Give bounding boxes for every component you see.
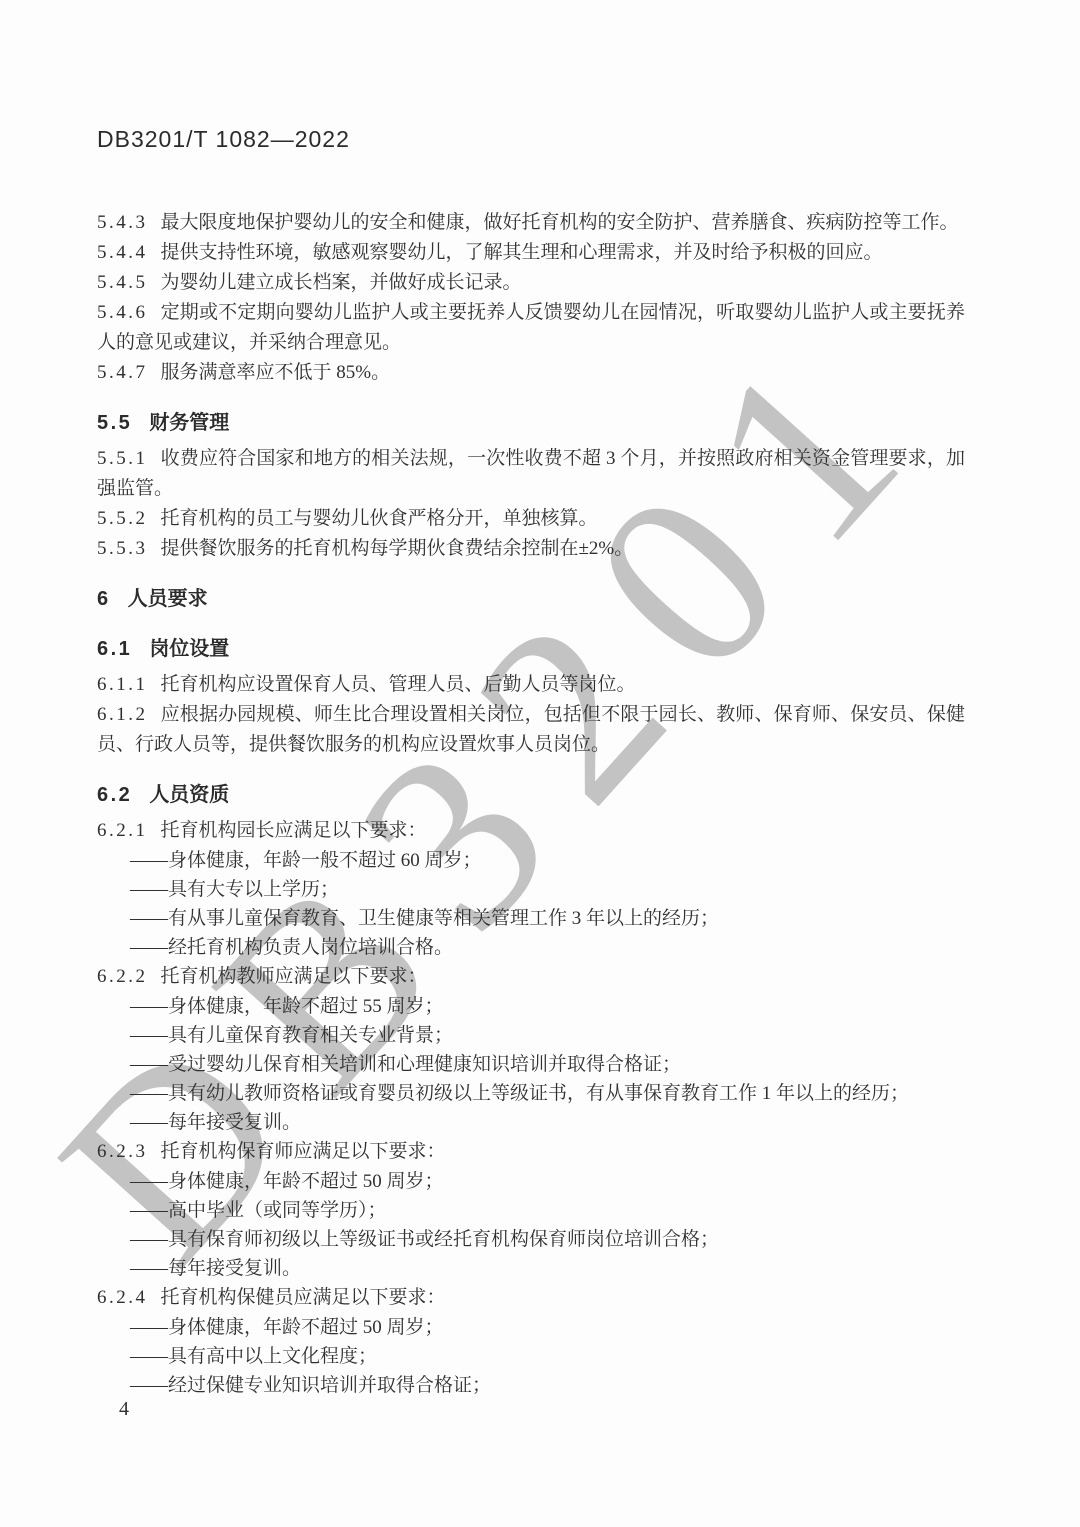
section-heading: 6.2人员资质 (97, 780, 965, 810)
clause-paragraph: 5.5.1收费应符合国家和地方的相关法规，一次性收费不超 3 个月，并按照政府相… (97, 444, 965, 504)
clause-number: 5.5 (97, 412, 132, 434)
clause-text: ——身体健康，年龄不超过 50 周岁； (130, 1317, 444, 1338)
clause-text: 收费应符合国家和地方的相关法规，一次性收费不超 3 个月，并按照政府相关资金管理… (97, 448, 965, 499)
clause-text: 服务满意率应不低于 85%。 (161, 362, 391, 383)
clause-number: 5.5.3 (97, 538, 148, 559)
clause-text: 人员要求 (128, 588, 208, 610)
clause-paragraph: 5.5.2托育机构的员工与婴幼儿伙食严格分开，单独核算。 (97, 504, 965, 534)
clause-text: ——具有儿童保育教育相关专业背景； (130, 1025, 453, 1046)
clause-number: 6.1.1 (97, 674, 148, 695)
clause-paragraph: 6.1.2应根据办园规模、师生比合理设置相关岗位，包括但不限于园长、教师、保育师… (97, 700, 965, 760)
clause-text: 托育机构保健员应满足以下要求： (161, 1287, 446, 1308)
clause-text: 为婴幼儿建立成长档案，并做好成长记录。 (161, 272, 522, 293)
clause-text: 最大限度地保护婴幼儿的安全和健康，做好托育机构的安全防护、营养膳食、疾病防控等工… (161, 212, 959, 233)
document-code-header: DB3201/T 1082—2022 (97, 126, 350, 153)
dash-list-item: ——经过保健专业知识培训并取得合格证； (97, 1371, 965, 1400)
document-body: 5.4.3最大限度地保护婴幼儿的安全和健康，做好托育机构的安全防护、营养膳食、疾… (97, 208, 965, 1400)
page-number: 4 (119, 1398, 129, 1421)
clause-number: 5.5.1 (97, 448, 148, 469)
section-heading: 5.5财务管理 (97, 408, 965, 438)
clause-paragraph: 5.4.6定期或不定期向婴幼儿监护人或主要抚养人反馈婴幼儿在园情况，听取婴幼儿监… (97, 298, 965, 358)
clause-text: ——具有保育师初级以上等级证书或经托育机构保育师岗位培训合格； (130, 1229, 719, 1250)
dash-list-item: ——每年接受复训。 (97, 1254, 965, 1283)
clause-text: 应根据办园规模、师生比合理设置相关岗位，包括但不限于园长、教师、保育师、保安员、… (97, 704, 965, 755)
clause-text: ——高中毕业（或同等学历）； (130, 1200, 387, 1221)
standard-document-page: DB3201 DB3201/T 1082—2022 5.4.3最大限度地保护婴幼… (0, 0, 1080, 1527)
clause-paragraph: 5.4.4提供支持性环境，敏感观察婴幼儿，了解其生理和心理需求，并及时给予积极的… (97, 238, 965, 268)
dash-list-item: ——身体健康，年龄不超过 50 周岁； (97, 1167, 965, 1196)
clause-text: ——身体健康，年龄不超过 55 周岁； (130, 996, 444, 1017)
clause-text: ——有从事儿童保育教育、卫生健康等相关管理工作 3 年以上的经历； (130, 908, 719, 929)
clause-paragraph: 6.1.1托育机构应设置保育人员、管理人员、后勤人员等岗位。 (97, 670, 965, 700)
clause-number: 5.4.5 (97, 272, 148, 293)
clause-number: 6.1 (97, 638, 132, 660)
dash-list-item: ——身体健康，年龄一般不超过 60 周岁； (97, 846, 965, 875)
clause-text: 托育机构的员工与婴幼儿伙食严格分开，单独核算。 (161, 508, 598, 529)
clause-number: 6.2.3 (97, 1141, 148, 1162)
dash-list-item: ——身体健康，年龄不超过 55 周岁； (97, 992, 965, 1021)
clause-number: 5.4.3 (97, 212, 148, 233)
clause-text: ——具有高中以上文化程度； (130, 1346, 377, 1367)
clause-text: ——经托育机构负责人岗位培训合格。 (130, 937, 453, 958)
clause-paragraph: 6.2.4托育机构保健员应满足以下要求： (97, 1283, 965, 1313)
clause-text: ——经过保健专业知识培训并取得合格证； (130, 1375, 491, 1396)
dash-list-item: ——具有大专以上学历； (97, 875, 965, 904)
clause-text: ——身体健康，年龄一般不超过 60 周岁； (130, 850, 482, 871)
clause-number: 6.2.2 (97, 966, 148, 987)
dash-list-item: ——具有保育师初级以上等级证书或经托育机构保育师岗位培训合格； (97, 1225, 965, 1254)
clause-paragraph: 6.2.2托育机构教师应满足以下要求： (97, 962, 965, 992)
clause-text: ——每年接受复训。 (130, 1112, 301, 1133)
dash-list-item: ——每年接受复训。 (97, 1108, 965, 1137)
section-heading: 6.1岗位设置 (97, 634, 965, 664)
dash-list-item: ——具有高中以上文化程度； (97, 1342, 965, 1371)
clause-text: ——具有幼儿教师资格证或育婴员初级以上等级证书，有从事保育教育工作 1 年以上的… (130, 1083, 909, 1104)
clause-paragraph: 5.4.5为婴幼儿建立成长档案，并做好成长记录。 (97, 268, 965, 298)
clause-text: 提供餐饮服务的托育机构每学期伙食费结余控制在±2%。 (161, 538, 634, 559)
clause-number: 6.1.2 (97, 704, 148, 725)
section-heading: 6人员要求 (97, 584, 965, 614)
clause-text: ——每年接受复训。 (130, 1258, 301, 1279)
clause-number: 5.4.4 (97, 242, 148, 263)
clause-text: 岗位设置 (149, 638, 229, 660)
dash-list-item: ——经托育机构负责人岗位培训合格。 (97, 933, 965, 962)
dash-list-item: ——具有幼儿教师资格证或育婴员初级以上等级证书，有从事保育教育工作 1 年以上的… (97, 1079, 965, 1108)
clause-number: 6.2 (97, 784, 132, 806)
clause-number: 6.2.4 (97, 1287, 148, 1308)
clause-paragraph: 6.2.1托育机构园长应满足以下要求： (97, 816, 965, 846)
clause-paragraph: 5.4.3最大限度地保护婴幼儿的安全和健康，做好托育机构的安全防护、营养膳食、疾… (97, 208, 965, 238)
clause-text: ——受过婴幼儿保育相关培训和心理健康知识培训并取得合格证； (130, 1054, 681, 1075)
dash-list-item: ——高中毕业（或同等学历）； (97, 1196, 965, 1225)
clause-text: ——身体健康，年龄不超过 50 周岁； (130, 1171, 444, 1192)
clause-number: 5.5.2 (97, 508, 148, 529)
clause-paragraph: 6.2.3托育机构保育师应满足以下要求： (97, 1137, 965, 1167)
clause-text: ——具有大专以上学历； (130, 879, 339, 900)
dash-list-item: ——身体健康，年龄不超过 50 周岁； (97, 1313, 965, 1342)
clause-text: 托育机构应设置保育人员、管理人员、后勤人员等岗位。 (161, 674, 636, 695)
clause-number: 6.2.1 (97, 820, 148, 841)
clause-text: 定期或不定期向婴幼儿监护人或主要抚养人反馈婴幼儿在园情况，听取婴幼儿监护人或主要… (97, 302, 965, 353)
clause-text: 财务管理 (149, 412, 229, 434)
dash-list-item: ——受过婴幼儿保育相关培训和心理健康知识培训并取得合格证； (97, 1050, 965, 1079)
clause-text: 托育机构教师应满足以下要求： (161, 966, 427, 987)
clause-text: 托育机构保育师应满足以下要求： (161, 1141, 446, 1162)
clause-number: 5.4.7 (97, 362, 148, 383)
clause-text: 人员资质 (149, 784, 229, 806)
clause-number: 6 (97, 588, 111, 610)
clause-text: 提供支持性环境，敏感观察婴幼儿，了解其生理和心理需求，并及时给予积极的回应。 (161, 242, 883, 263)
clause-number: 5.4.6 (97, 302, 148, 323)
clause-paragraph: 5.5.3提供餐饮服务的托育机构每学期伙食费结余控制在±2%。 (97, 534, 965, 564)
dash-list-item: ——有从事儿童保育教育、卫生健康等相关管理工作 3 年以上的经历； (97, 904, 965, 933)
clause-text: 托育机构园长应满足以下要求： (161, 820, 427, 841)
dash-list-item: ——具有儿童保育教育相关专业背景； (97, 1021, 965, 1050)
clause-paragraph: 5.4.7服务满意率应不低于 85%。 (97, 358, 965, 388)
